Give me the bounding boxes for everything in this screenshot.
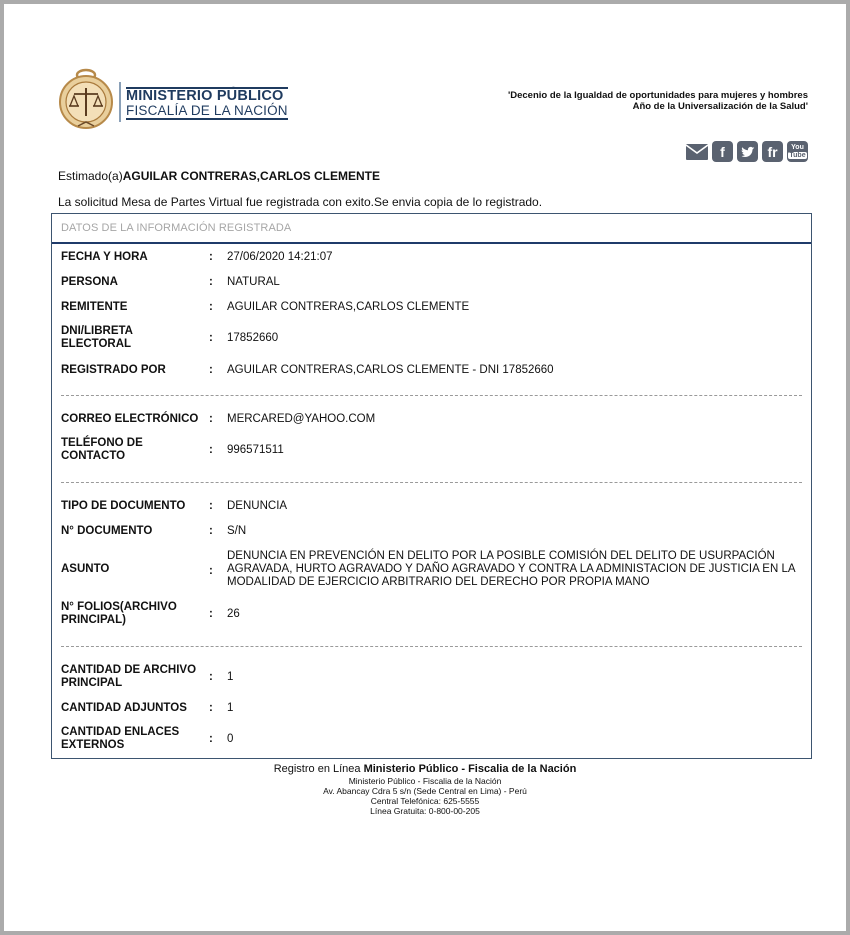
field-value: AGUILAR CONTRERAS,CARLOS CLEMENTE bbox=[227, 301, 801, 314]
field-label: CANTIDAD ADJUNTOS bbox=[61, 702, 206, 715]
footer-title-bold: Ministerio Público - Fiscalia de la Naci… bbox=[364, 763, 577, 775]
field-value: 1 bbox=[227, 702, 801, 715]
field-value: DENUNCIA bbox=[227, 500, 801, 513]
field-label-line-1: N° FOLIOS(ARCHIVO bbox=[61, 601, 177, 613]
field-label: N° DOCUMENTO bbox=[61, 525, 206, 538]
youtube-icon[interactable]: You Tube bbox=[787, 141, 808, 162]
field-label: REMITENTE bbox=[61, 301, 206, 314]
field-value: 1 bbox=[227, 671, 801, 684]
ministry-brand: MINISTERIO PÚBLICO FISCALÍA DE LA NACIÓN bbox=[126, 87, 288, 120]
asunto-line-1: DENUNCIA EN PREVENCIÓN EN DELITO POR LA … bbox=[227, 550, 775, 562]
field-colon: : bbox=[209, 525, 213, 537]
field-colon: : bbox=[209, 608, 213, 620]
field-label-line-1: CANTIDAD DE ARCHIVO bbox=[61, 664, 196, 676]
footer-org: Ministerio Público - Fiscalia de la Naci… bbox=[4, 776, 846, 786]
field-value: MERCARED@YAHOO.COM bbox=[227, 413, 801, 426]
mail-icon[interactable] bbox=[686, 141, 708, 162]
official-motto: 'Decenio de la Igualdad de oportunidades… bbox=[508, 90, 808, 112]
logo-divider bbox=[119, 82, 121, 122]
field-label: FECHA Y HORA bbox=[61, 251, 206, 264]
field-colon: : bbox=[209, 565, 213, 577]
section-divider bbox=[61, 395, 802, 396]
twitter-icon[interactable] bbox=[737, 141, 758, 162]
field-value: 17852660 bbox=[227, 332, 801, 345]
brand-name: MINISTERIO PÚBLICO bbox=[126, 87, 288, 104]
field-colon: : bbox=[209, 500, 213, 512]
footer-address: Av. Abancay Cdra 5 s/n (Sede Central en … bbox=[4, 786, 846, 796]
field-label: ASUNTO bbox=[61, 563, 206, 576]
field-value: S/N bbox=[227, 525, 801, 538]
field-value: 27/06/2020 14:21:07 bbox=[227, 251, 801, 264]
footer-hotline: Línea Gratuita: 0-800-00-205 bbox=[4, 806, 846, 816]
field-label: CANTIDAD ENLACES EXTERNOS bbox=[61, 726, 206, 752]
field-colon: : bbox=[209, 702, 213, 714]
youtube-glyph-bottom: Tube bbox=[788, 152, 806, 159]
recipient-name: AGUILAR CONTRERAS,CARLOS CLEMENTE bbox=[123, 169, 380, 183]
field-colon: : bbox=[209, 671, 213, 683]
field-label: TELÉFONO DE CONTACTO bbox=[61, 437, 206, 463]
field-label: REGISTRADO POR bbox=[61, 364, 206, 377]
greeting-prefix: Estimado(a) bbox=[58, 169, 123, 183]
field-colon: : bbox=[209, 444, 213, 456]
brand-subtitle: FISCALÍA DE LA NACIÓN bbox=[126, 104, 288, 120]
field-value: 26 bbox=[227, 608, 801, 621]
social-links: f fr You Tube bbox=[686, 141, 808, 162]
confirmation-notice: La solicitud Mesa de Partes Virtual fue … bbox=[58, 195, 542, 209]
section-divider bbox=[61, 482, 802, 483]
field-colon: : bbox=[209, 413, 213, 425]
motto-line-1: 'Decenio de la Igualdad de oportunidades… bbox=[508, 90, 808, 101]
registered-data-box: DATOS DE LA INFORMACIÓN REGISTRADA FECHA… bbox=[51, 213, 812, 759]
field-label-line-2: EXTERNOS bbox=[61, 739, 124, 751]
greeting: Estimado(a)AGUILAR CONTRERAS,CARLOS CLEM… bbox=[58, 169, 380, 183]
field-colon: : bbox=[209, 301, 213, 313]
field-label-line-1: CANTIDAD ENLACES bbox=[61, 726, 179, 738]
ministry-seal-icon bbox=[56, 68, 116, 130]
field-value: AGUILAR CONTRERAS,CARLOS CLEMENTE - DNI … bbox=[227, 364, 801, 377]
facebook-glyph: f bbox=[720, 145, 725, 159]
field-colon: : bbox=[209, 251, 213, 263]
field-label-line-2: PRINCIPAL bbox=[61, 677, 122, 689]
facebook-icon[interactable]: f bbox=[712, 141, 733, 162]
field-label: TIPO DE DOCUMENTO bbox=[61, 500, 206, 513]
field-label-line-1: TELÉFONO DE bbox=[61, 437, 143, 449]
field-label: PERSONA bbox=[61, 276, 206, 289]
asunto-line-2: AGRAVADA, HURTO AGRAVADO Y DAÑO AGRAVADO… bbox=[227, 563, 796, 575]
field-label-line-2: ELECTORAL bbox=[61, 338, 131, 350]
field-colon: : bbox=[209, 733, 213, 745]
field-value: 996571511 bbox=[227, 444, 801, 457]
box-title: DATOS DE LA INFORMACIÓN REGISTRADA bbox=[52, 214, 811, 244]
footer-phone: Central Telefónica: 625-5555 bbox=[4, 796, 846, 806]
field-label-line-1: DNI/LIBRETA bbox=[61, 325, 133, 337]
section-divider bbox=[61, 646, 802, 647]
youtube-glyph-top: You bbox=[791, 144, 804, 151]
footer-title: Registro en Línea Ministerio Público - F… bbox=[4, 763, 846, 776]
footer-title-prefix: Registro en Línea bbox=[274, 763, 364, 775]
field-label: DNI/LIBRETA ELECTORAL bbox=[61, 325, 206, 351]
asunto-line-3: MODALIDAD DE EJERCICIO ARBITRARIO DEL DE… bbox=[227, 576, 650, 588]
motto-line-2: Año de la Universalización de la Salud' bbox=[508, 101, 808, 112]
field-value: DENUNCIA EN PREVENCIÓN EN DELITO POR LA … bbox=[227, 550, 801, 589]
field-label-line-2: PRINCIPAL) bbox=[61, 614, 126, 626]
footer: Registro en Línea Ministerio Público - F… bbox=[4, 763, 846, 816]
flickr-glyph: fr bbox=[767, 145, 777, 159]
field-value: 0 bbox=[227, 733, 801, 746]
flickr-icon[interactable]: fr bbox=[762, 141, 783, 162]
field-label: CANTIDAD DE ARCHIVO PRINCIPAL bbox=[61, 664, 206, 690]
field-label: CORREO ELECTRÓNICO bbox=[61, 413, 206, 426]
email-document: MINISTERIO PÚBLICO FISCALÍA DE LA NACIÓN… bbox=[4, 4, 846, 931]
field-value: NATURAL bbox=[227, 276, 801, 289]
field-label: N° FOLIOS(ARCHIVO PRINCIPAL) bbox=[61, 601, 206, 627]
field-colon: : bbox=[209, 364, 213, 376]
field-colon: : bbox=[209, 276, 213, 288]
field-colon: : bbox=[209, 332, 213, 344]
field-label-line-2: CONTACTO bbox=[61, 450, 125, 462]
